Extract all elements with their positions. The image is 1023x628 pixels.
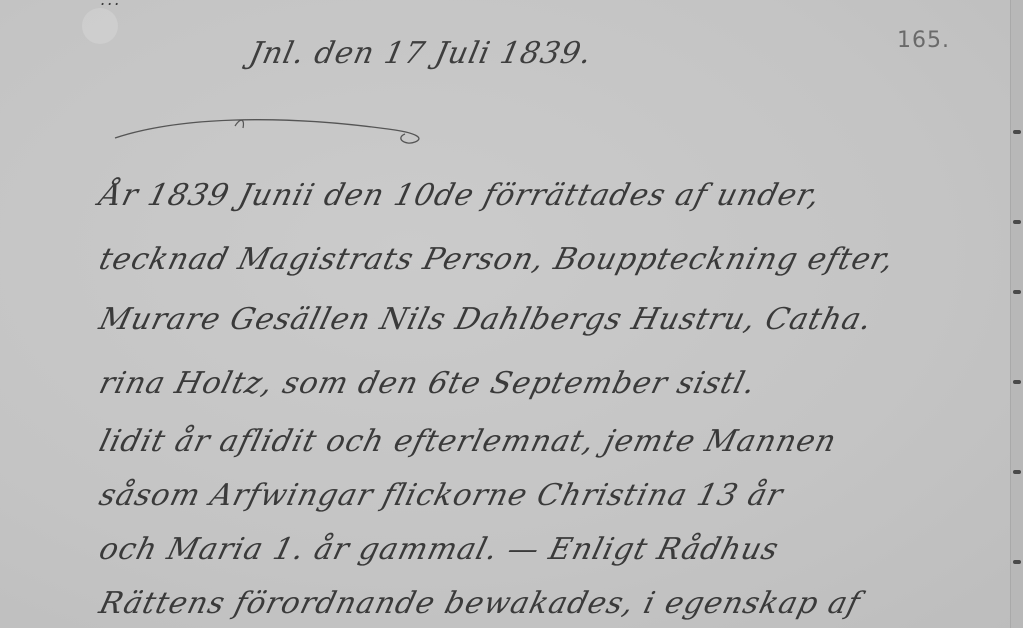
ink-mark bbox=[1013, 130, 1021, 134]
cut-off-previous-line: ... bbox=[100, 0, 121, 9]
ink-mark bbox=[1013, 220, 1021, 224]
text-line-8: Rättens förordnande bewakades, i egenska… bbox=[96, 586, 865, 621]
journal-date-header: Jnl. den 17 Juli 1839. bbox=[246, 36, 595, 71]
text-line-6: såsom Arfwingar flickorne Christina 13 å… bbox=[96, 478, 787, 513]
paper-stain bbox=[82, 8, 118, 44]
ink-mark bbox=[1013, 560, 1021, 564]
ink-mark bbox=[1013, 380, 1021, 384]
adjacent-page-edge bbox=[1010, 0, 1023, 628]
decorative-flourish-icon bbox=[95, 108, 455, 148]
text-line-2: tecknad Magistrats Person, Bouppteckning… bbox=[96, 242, 898, 277]
ink-mark bbox=[1013, 470, 1021, 474]
text-line-7: och Maria 1. år gammal. — Enligt Rådhus bbox=[96, 532, 783, 567]
text-line-3: Murare Gesällen Nils Dahlbergs Hustru, C… bbox=[96, 302, 876, 337]
text-line-5: lidit år aflidit och efterlemnat, jemte … bbox=[96, 424, 841, 459]
page-number: 165. bbox=[897, 28, 950, 53]
document-scan: ... 165. Jnl. den 17 Juli 1839. År 1839 … bbox=[0, 0, 1023, 628]
text-line-1: År 1839 Junii den 10de förrättades af un… bbox=[96, 178, 824, 213]
ink-mark bbox=[1013, 290, 1021, 294]
text-line-4: rina Holtz, som den 6te September sistl. bbox=[96, 366, 760, 401]
